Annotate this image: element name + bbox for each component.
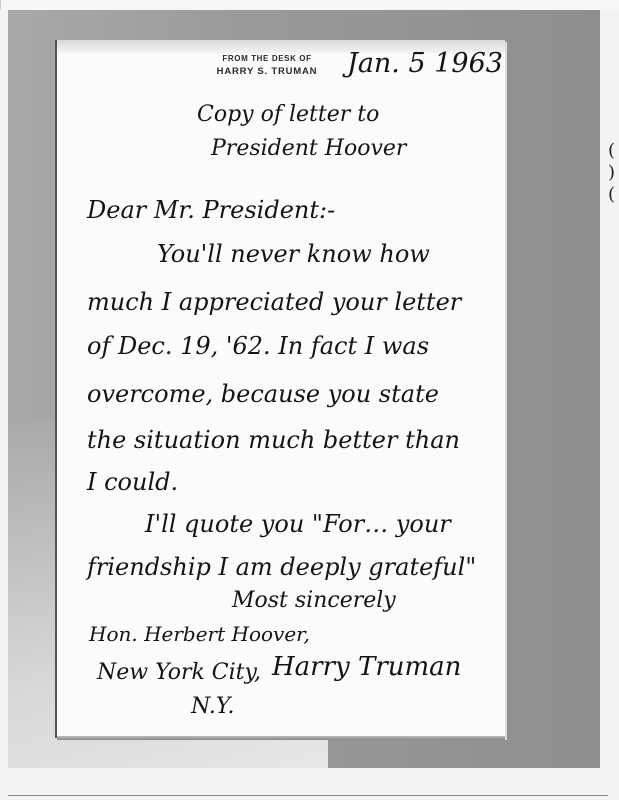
bottom-rule-line bbox=[8, 795, 608, 796]
closing: Most sincerely bbox=[232, 588, 396, 613]
body-line: friendship I am deeply grateful" bbox=[87, 553, 476, 581]
letter-date: Jan. 5 1963 bbox=[347, 48, 503, 79]
body-line: of Dec. 19, '62. In fact I was bbox=[87, 332, 429, 360]
heading-line-2: President Hoover bbox=[211, 136, 406, 161]
letter-photograph: ( ) ( FROM THE DESK OF HARRY S. TRUMAN J… bbox=[0, 0, 619, 800]
signature: Harry Truman bbox=[272, 652, 461, 682]
letterhead-line-2: HARRY S. TRUMAN bbox=[207, 65, 327, 78]
salutation: Dear Mr. President:- bbox=[87, 196, 335, 224]
recipient-address-line-3: N.Y. bbox=[191, 694, 235, 719]
edge-marks: ( ) ( bbox=[608, 140, 619, 270]
body-line: much I appreciated your letter bbox=[87, 288, 461, 316]
body-line: I'll quote you "For… your bbox=[145, 510, 451, 538]
letter-paper: FROM THE DESK OF HARRY S. TRUMAN Jan. 5 … bbox=[55, 40, 505, 738]
body-line: overcome, because you state bbox=[87, 380, 439, 408]
recipient-address-line-2: New York City, bbox=[97, 660, 261, 685]
letterhead-line-1: FROM THE DESK OF bbox=[207, 53, 327, 65]
letterhead: FROM THE DESK OF HARRY S. TRUMAN bbox=[207, 53, 327, 78]
body-line: the situation much better than bbox=[87, 426, 460, 454]
body-line: I could. bbox=[87, 468, 178, 496]
recipient-address-line-1: Hon. Herbert Hoover, bbox=[89, 622, 310, 646]
top-border-strip bbox=[0, 0, 619, 10]
body-line: You'll never know how bbox=[157, 240, 430, 268]
heading-line-1: Copy of letter to bbox=[197, 102, 379, 127]
